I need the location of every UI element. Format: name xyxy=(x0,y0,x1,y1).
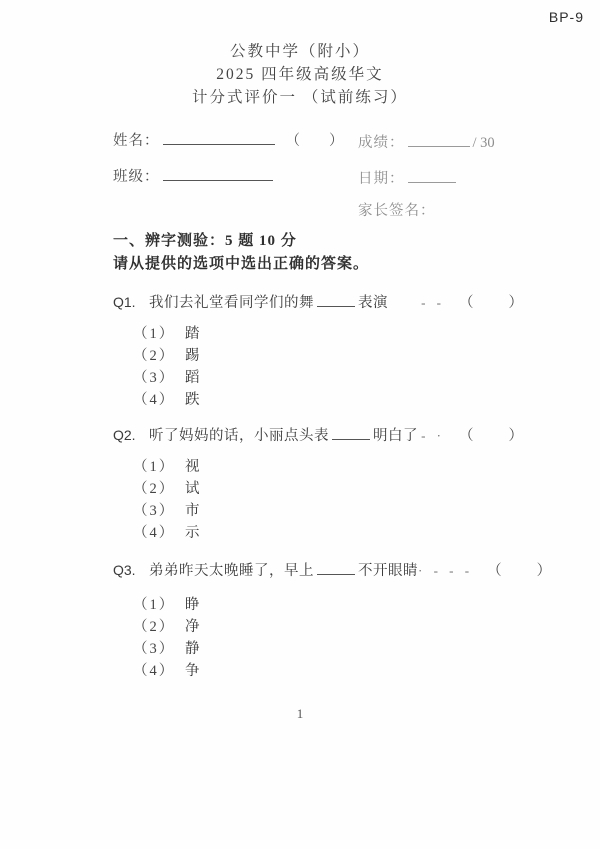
class-label: 班级： xyxy=(113,169,160,185)
option-text: 市 xyxy=(185,503,201,519)
answer-blank-line xyxy=(317,294,355,307)
score-field-row: 成绩：/ 30 xyxy=(358,131,495,152)
option-row: （1）视 xyxy=(133,455,201,476)
option-row: （3）蹈 xyxy=(133,366,201,387)
exam-paper-page: BP-9 公教中学（附小） 2025 四年级高级华文 计分式评价一 （试前练习）… xyxy=(0,0,600,849)
answer-bracket: （ ） xyxy=(487,559,553,580)
option-number: （3） xyxy=(133,366,185,387)
option-text: 跌 xyxy=(185,392,201,408)
option-text: 示 xyxy=(185,525,201,541)
option-number: （1） xyxy=(133,322,185,343)
score-label: 成绩： xyxy=(358,135,405,151)
question-text: 听了妈妈的话，小丽点头表明白了 xyxy=(149,424,421,445)
question-number: Q1. xyxy=(113,294,149,310)
option-row: （1）踏 xyxy=(133,322,201,343)
option-number: （2） xyxy=(133,344,185,365)
option-text: 视 xyxy=(185,459,201,475)
dotted-leader: - · xyxy=(421,428,445,444)
option-text: 蹈 xyxy=(185,370,201,386)
option-text: 静 xyxy=(185,641,201,657)
option-number: （3） xyxy=(133,637,185,658)
name-field-row: 姓名：（ ） xyxy=(113,129,344,150)
score-total: / 30 xyxy=(473,135,495,151)
option-text: 踢 xyxy=(185,348,201,364)
option-row: （4）示 xyxy=(133,521,201,542)
question-number: Q2. xyxy=(113,427,149,443)
course-title: 2025 四年级高级华文 xyxy=(0,63,600,86)
option-text: 争 xyxy=(185,663,201,679)
paper-title: 计分式评价一 （试前练习） xyxy=(0,86,600,109)
parent-signature-label: 家长签名： xyxy=(358,203,436,219)
paper-code: BP-9 xyxy=(549,9,584,25)
option-text: 踏 xyxy=(185,326,201,342)
class-blank-line xyxy=(163,168,273,181)
question-text: 弟弟昨天太晚睡了，早上不开眼睛 xyxy=(149,559,418,580)
section-heading: 一、辨字测验：5 题 10 分 xyxy=(113,229,297,250)
option-number: （1） xyxy=(133,455,185,476)
name-label: 姓名： xyxy=(113,133,160,149)
answer-bracket: （ ） xyxy=(459,424,525,445)
option-row: （4）跌 xyxy=(133,388,201,409)
option-number: （4） xyxy=(133,388,185,409)
question-row-q1: Q1. 我们去礼堂看同学们的舞表演 - - （ ） xyxy=(113,291,525,312)
option-row: （1）睁 xyxy=(133,593,201,614)
question-number: Q3. xyxy=(113,562,149,578)
section-instruction: 请从提供的选项中选出正确的答案。 xyxy=(113,252,369,273)
date-label: 日期： xyxy=(358,171,405,187)
option-number: （2） xyxy=(133,477,185,498)
score-blank-line xyxy=(408,134,470,147)
option-text: 净 xyxy=(185,619,201,635)
option-number: （3） xyxy=(133,499,185,520)
date-field-row: 日期： xyxy=(358,167,459,188)
option-row: （2）净 xyxy=(133,615,201,636)
index-bracket: （ ） xyxy=(286,133,344,149)
option-number: （2） xyxy=(133,615,185,636)
option-text: 试 xyxy=(185,481,201,497)
question-row-q2: Q2. 听了妈妈的话，小丽点头表明白了 - · （ ） xyxy=(113,424,525,445)
answer-blank-line xyxy=(317,562,355,575)
paper-header: 公教中学（附小） 2025 四年级高级华文 计分式评价一 （试前练习） xyxy=(0,40,600,109)
question-row-q3: Q3. 弟弟昨天太晚睡了，早上不开眼睛 · - - - （ ） xyxy=(113,559,525,580)
parent-signature-row: 家长签名： xyxy=(358,199,436,220)
dotted-leader: - - xyxy=(421,295,445,311)
option-row: （2）试 xyxy=(133,477,201,498)
answer-bracket: （ ） xyxy=(459,291,525,312)
option-number: （1） xyxy=(133,593,185,614)
option-row: （3）静 xyxy=(133,637,201,658)
option-number: （4） xyxy=(133,521,185,542)
option-number: （4） xyxy=(133,659,185,680)
name-blank-line xyxy=(163,132,275,145)
question-text: 我们去礼堂看同学们的舞表演 xyxy=(149,291,421,312)
option-row: （4）争 xyxy=(133,659,201,680)
school-name: 公教中学（附小） xyxy=(0,40,600,63)
dotted-leader: · - - - xyxy=(418,563,473,579)
answer-blank-line xyxy=(332,427,370,440)
option-row: （3）市 xyxy=(133,499,201,520)
date-blank-line xyxy=(408,170,456,183)
page-number: 1 xyxy=(0,706,600,722)
option-row: （2）踢 xyxy=(133,344,201,365)
class-field-row: 班级： xyxy=(113,165,276,186)
option-text: 睁 xyxy=(185,597,201,613)
